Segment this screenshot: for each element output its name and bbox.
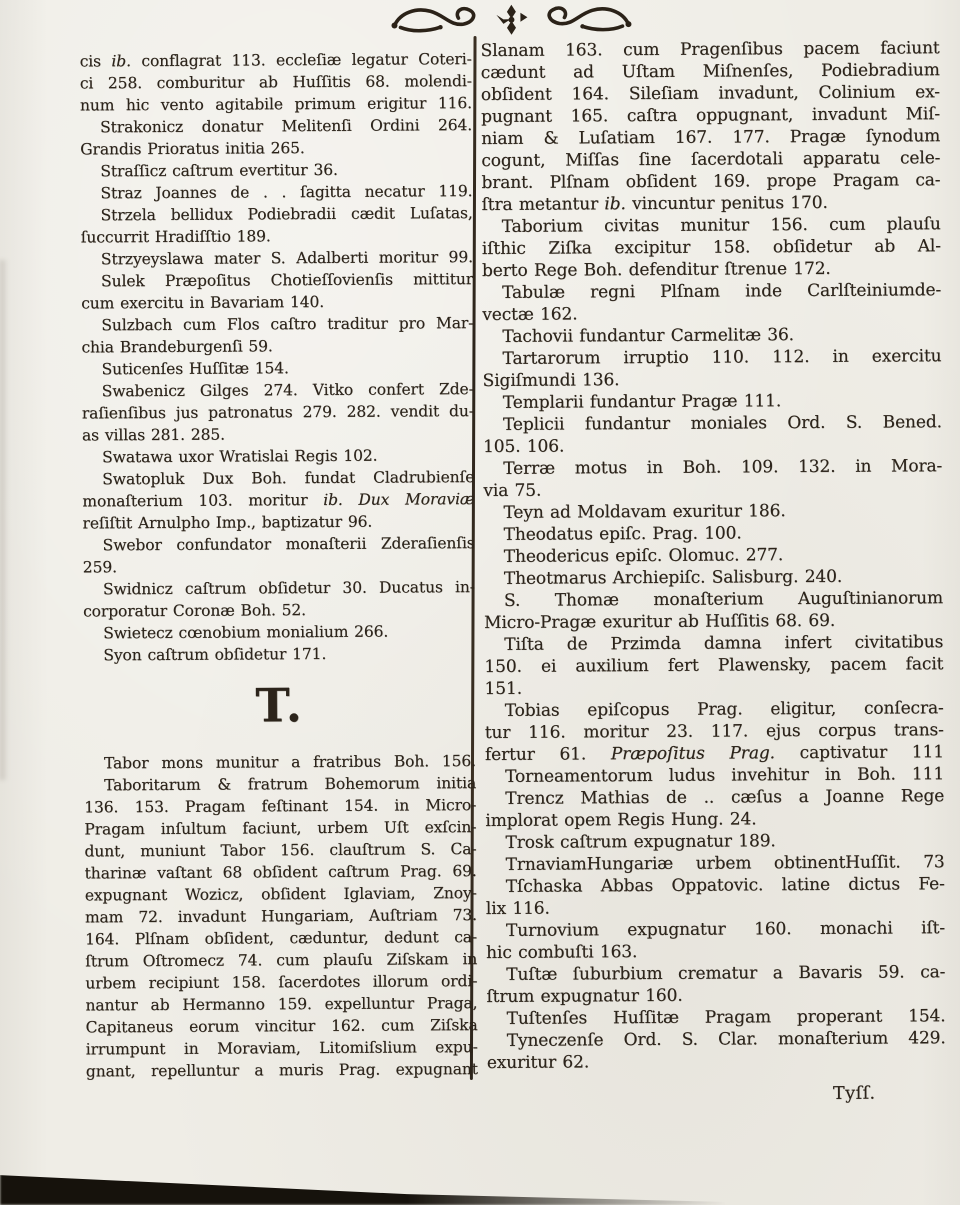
index-line: Teyn ad Moldavam exuritur 186. xyxy=(483,499,942,524)
index-line: Teplicii fundantur moniales Ord. S. Bene… xyxy=(483,411,942,436)
text-run: lix 116. xyxy=(486,899,550,919)
text-run: fertur 61. xyxy=(485,744,611,765)
index-line: 136. 153. Pragam feſtinant 154. in Micro… xyxy=(84,794,476,818)
index-line: cædunt ad Uſtam Miſnenſes, Podiebradium xyxy=(481,59,940,84)
index-line: ſuccurrit Hradiſſtio 189. xyxy=(81,224,473,248)
text-run: conflagrat 113. eccleſiæ legatur Coteri- xyxy=(131,50,472,70)
text-run: Grandis Prioratus initia 265. xyxy=(80,139,305,158)
index-line: Sigiſmundi 136. xyxy=(483,367,942,392)
index-line: expugnant Wozicz, obſident Iglaviam, Zno… xyxy=(85,882,477,906)
index-line: brant. Plſnam obſident 169. prope Pragam… xyxy=(481,169,940,194)
text-run: expugnant Wozicz, obſident Iglaviam, Zno… xyxy=(85,884,477,904)
index-line: Tabor mons munitur a fratribus Boh. 156. xyxy=(84,750,476,774)
index-line: Tabulæ regni Plſnam inde Carlſteiniumde- xyxy=(482,279,941,304)
text-run: Strzela bellidux Podiebradii cædit Luſat… xyxy=(101,204,473,224)
text-run: captivatur 111 xyxy=(775,742,944,763)
text-run: ſuccurrit Hradiſſtio 189. xyxy=(81,227,271,246)
text-run: Capitaneus eorum vincitur 162. cum Ziſsk… xyxy=(86,1016,478,1036)
index-line: tur 116. moritur 23. 117. ejus corpus tr… xyxy=(485,719,944,744)
index-line: S. Thomæ monaſterium Auguſtinianorum xyxy=(484,587,943,612)
text-run: Tuſtenſes Huſſitæ Pragam properant 154. xyxy=(506,1006,945,1029)
index-line: raſienſibus jus patronatus 279. 282. ven… xyxy=(82,400,474,424)
page-scan: cis ib. conflagrat 113. eccleſiæ legatur… xyxy=(0,0,960,1205)
index-line: Taboritarum & fratrum Bohemorum initia xyxy=(84,772,476,796)
index-line: Suticenſes Huſſitæ 154. xyxy=(82,356,474,380)
text-run: Tartarorum irruptio 110. 112. in exercit… xyxy=(502,346,941,369)
header-ornament-icon xyxy=(384,1,638,39)
index-line: Turnovium expugnatur 160. monachi iſt- xyxy=(486,917,945,942)
italic-text: Præpoſitus Prag. xyxy=(611,743,775,764)
catchword: Tyſſ. xyxy=(833,1084,876,1104)
text-run: obſident 164. Sileſiam invadunt, Coliniu… xyxy=(481,82,940,105)
text-run: 151. xyxy=(484,679,522,699)
text-run: Swidnicz caſtrum obſidetur 30. Ducatus i… xyxy=(103,578,475,598)
text-run: Taborium civitas munitur 156. cum plauſu xyxy=(502,214,941,237)
text-run: 105. 106. xyxy=(483,436,564,456)
text-run: vincuntur penitus 170. xyxy=(626,193,828,214)
text-run: niam & Luſatiam 167. 177. Pragæ ſynodum xyxy=(481,126,940,149)
index-line: iſthic Ziſka excipitur 158. obſidetur ab… xyxy=(482,235,941,260)
text-run: dunt, muniunt Tabor 156. clauſtrum S. Ca… xyxy=(84,840,476,860)
index-line: Swatopluk Dux Boh. fundat Cladrubienſe xyxy=(82,466,474,490)
section-heading: T. xyxy=(83,674,475,736)
text-run: Straſſicz caſtrum evertitur 36. xyxy=(100,161,338,180)
text-run: S. Thomæ monaſterium Auguſtinianorum xyxy=(504,588,943,611)
index-line: ci 258. comburitur ab Huſſitis 68. molen… xyxy=(80,70,472,94)
index-line: chia Brandeburgenſi 59. xyxy=(81,334,473,358)
text-run: Sulek Præpoſitus Chotieſſovienſis mittit… xyxy=(101,270,473,290)
index-line: Tobias epiſcopus Prag. eligitur, conſecr… xyxy=(485,697,944,722)
index-line: via 75. xyxy=(483,477,942,502)
text-run: ſtra metantur xyxy=(482,194,605,215)
index-line: 259. xyxy=(83,554,475,578)
text-run: Suticenſes Huſſitæ 154. xyxy=(102,359,289,378)
text-run: TrnaviamHungariæ urbem obtinentHuſſit. 7… xyxy=(506,852,945,875)
index-line: Micro-Pragæ exuritur ab Huſſitis 68. 69. xyxy=(484,609,943,634)
index-line: Strzyeyslawa mater S. Adalberti moritur … xyxy=(81,246,473,270)
text-run: 259. xyxy=(83,558,117,576)
text-run: Tobias epiſcopus Prag. eligitur, conſecr… xyxy=(505,698,944,721)
text-run: tur 116. moritur 23. 117. ejus corpus tr… xyxy=(485,720,944,743)
index-line: Templarii fundantur Pragæ 111. xyxy=(483,389,942,414)
index-line: Straz Joannes de . . ſagitta necatur 119… xyxy=(80,180,472,204)
text-run: iſthic Ziſka excipitur 158. obſidetur ab… xyxy=(482,236,941,259)
index-line: Swidnicz caſtrum obſidetur 30. Ducatus i… xyxy=(83,576,475,600)
index-line: irrumpunt in Moraviam, Litomiſslium expu… xyxy=(86,1036,478,1060)
text-run: Swatawa uxor Wratislai Regis 102. xyxy=(102,447,377,467)
text-run: Tſchaska Abbas Oppatovic. latine dictus … xyxy=(506,874,945,897)
index-line: Theotmarus Archiepiſc. Salisburg. 240. xyxy=(484,565,943,590)
text-run: Taboritarum & fratrum Bohemorum initia xyxy=(104,774,476,794)
index-line: Torneamentorum ludus invehitur in Boh. 1… xyxy=(485,763,944,788)
index-line: Taborium civitas munitur 156. cum plauſu xyxy=(482,213,941,238)
index-line: cis ib. conflagrat 113. eccleſiæ legatur… xyxy=(80,48,472,72)
index-line: Trosk caſtrum expugnatur 189. xyxy=(485,829,944,854)
index-line: 164. Plſnam obſident, cæduntur, dedunt c… xyxy=(85,926,477,950)
index-line: cum exercitu in Bavariam 140. xyxy=(81,290,473,314)
text-run: cum exercitu in Bavariam 140. xyxy=(81,293,324,312)
text-run: raſienſibus jus patronatus 279. 282. ven… xyxy=(82,402,474,422)
index-line: urbem recipiunt 158. ſacerdotes illorum … xyxy=(85,970,477,994)
index-line: obſident 164. Sileſiam invadunt, Coliniu… xyxy=(481,81,940,106)
index-line: Strakonicz donatur Melitenſi Ordini 264. xyxy=(80,114,472,138)
text-run: Swietecz cœnobium monialium 266. xyxy=(103,623,388,643)
italic-text: ib. xyxy=(111,52,131,70)
text-run: cædunt ad Uſtam Miſnenſes, Podiebradium xyxy=(481,60,940,83)
index-line: as villas 281. 285. xyxy=(82,422,474,446)
index-line: Straſſicz caſtrum evertitur 36. xyxy=(80,158,472,182)
index-line: Theodatus epiſc. Prag. 100. xyxy=(484,521,943,546)
index-line: Slanam 163. cum Pragenſibus pacem faciun… xyxy=(481,37,940,62)
text-run: ſtrum expugnatur 160. xyxy=(486,986,682,1007)
index-line: reſiſtit Arnulpho Imp., baptizatur 96. xyxy=(82,510,474,534)
text-run: Turnovium expugnatur 160. monachi iſt- xyxy=(506,918,945,941)
index-line: exuritur 62. xyxy=(487,1049,946,1074)
index-line: Grandis Prioratus initia 265. xyxy=(80,136,472,160)
text-run: Theodericus epiſc. Olomuc. 277. xyxy=(504,545,784,567)
italic-text: ib. xyxy=(604,194,626,214)
text-run: via 75. xyxy=(483,481,541,501)
index-line: lix 116. xyxy=(486,895,945,920)
text-run: urbem recipiunt 158. ſacerdotes illorum … xyxy=(85,972,477,992)
left-column: cis ib. conflagrat 113. eccleſiæ legatur… xyxy=(80,48,478,1082)
text-run: 150. ei auxilium fert Plawensky, pacem f… xyxy=(484,654,943,677)
index-line: 151. xyxy=(484,675,943,700)
text-run: Pragam inſultum faciunt, urbem Uſt exſci… xyxy=(84,818,476,838)
text-run: vectæ 162. xyxy=(482,304,577,325)
text-run: Tiſta de Przimda damna infert civitatibu… xyxy=(504,632,943,655)
index-line: Terræ motus in Boh. 109. 132. in Mora- xyxy=(483,455,942,480)
index-line: ſtrum expugnatur 160. xyxy=(486,983,945,1008)
text-run: Teplicii fundantur moniales Ord. S. Bene… xyxy=(503,412,942,435)
index-line: mam 72. invadunt Hungariam, Auſtriam 73. xyxy=(85,904,477,928)
text-run: ſtrum Oſtromecz 74. cum plauſu Ziſskam i… xyxy=(85,950,477,970)
text-run: brant. Plſnam obſident 169. prope Pragam… xyxy=(481,170,940,193)
text-run: Tabulæ regni Plſnam inde Carlſteiniumde- xyxy=(502,280,941,303)
text-run: Swatopluk Dux Boh. fundat Cladrubienſe xyxy=(102,468,474,488)
index-line: nantur ab Hermanno 159. expelluntur Prag… xyxy=(85,992,477,1016)
index-line: 105. 106. xyxy=(483,433,942,458)
index-line: implorat opem Regis Hung. 24. xyxy=(485,807,944,832)
text-run: Swabenicz Gilges 274. Vitko confert Zde- xyxy=(102,380,474,400)
index-line: Swabenicz Gilges 274. Vitko confert Zde- xyxy=(82,378,474,402)
index-line: pugnant 165. caſtra oppugnant, invadunt … xyxy=(481,103,940,128)
text-run: corporatur Coronæ Boh. 52. xyxy=(83,601,306,620)
text-run: Straz Joannes de . . ſagitta necatur 119… xyxy=(100,182,472,202)
text-run: pugnant 165. caſtra oppugnant, invadunt … xyxy=(481,104,940,127)
text-run: nantur ab Hermanno 159. expelluntur Prag… xyxy=(85,994,477,1014)
text-run: Tachovii fundantur Carmelitæ 36. xyxy=(502,325,794,347)
index-line: Capitaneus eorum vincitur 162. cum Ziſsk… xyxy=(86,1014,478,1038)
text-run: Teyn ad Moldavam exuritur 186. xyxy=(503,501,785,523)
scan-edge-smudge xyxy=(0,260,8,780)
text-run: Sulzbach cum Flos caſtro traditur pro Ma… xyxy=(101,314,473,334)
text-run: chia Brandeburgenſi 59. xyxy=(81,337,272,356)
index-line: ſtra metantur ib. vincuntur penitus 170. xyxy=(482,191,941,216)
index-line: corporatur Coronæ Boh. 52. xyxy=(83,598,475,622)
text-run: cogunt, Miſſas ſine ſacerdotali apparatu… xyxy=(481,148,940,171)
index-line: Strzela bellidux Podiebradii cædit Luſat… xyxy=(81,202,473,226)
index-line: Tyneczenſe Ord. S. Clar. monaſterium 429… xyxy=(487,1027,946,1052)
text-run: Syon caſtrum obſidetur 171. xyxy=(103,645,326,664)
text-run: tharinæ vaſtant 68 obſident caſtrum Prag… xyxy=(85,862,477,882)
text-run: Slanam 163. cum Pragenſibus pacem faciun… xyxy=(481,38,940,61)
index-line: niam & Luſatiam 167. 177. Pragæ ſynodum xyxy=(481,125,940,150)
index-line: ſtrum Oſtromecz 74. cum plauſu Ziſskam i… xyxy=(85,948,477,972)
index-line: tharinæ vaſtant 68 obſident caſtrum Prag… xyxy=(85,860,477,884)
index-line: Tachovii fundantur Carmelitæ 36. xyxy=(482,323,941,348)
index-line: TrnaviamHungariæ urbem obtinentHuſſit. 7… xyxy=(486,851,945,876)
text-run: Trosk caſtrum expugnatur 189. xyxy=(505,831,775,853)
text-run: mam 72. invadunt Hungariam, Auſtriam 73. xyxy=(85,906,477,926)
book-page: cis ib. conflagrat 113. eccleſiæ legatur… xyxy=(0,0,960,1205)
text-run: Templarii fundantur Pragæ 111. xyxy=(503,391,781,413)
text-run: reſiſtit Arnulpho Imp., baptizatur 96. xyxy=(82,513,372,533)
index-line: cogunt, Miſſas ſine ſacerdotali apparatu… xyxy=(481,147,940,172)
text-run: Theotmarus Archiepiſc. Salisburg. 240. xyxy=(504,567,842,589)
text-run: Tabor mons munitur a fratribus Boh. 156. xyxy=(104,752,476,772)
text-run: Swebor confundator monaſterii Zderaſienſ… xyxy=(103,534,475,554)
index-line: Tartarorum irruptio 110. 112. in exercit… xyxy=(482,345,941,370)
index-line: Sulek Præpoſitus Chotieſſovienſis mittit… xyxy=(81,268,473,292)
index-line: Tſchaska Abbas Oppatovic. latine dictus … xyxy=(486,873,945,898)
text-run: ci 258. comburitur ab Huſſitis 68. molen… xyxy=(80,72,472,92)
index-line: Tuſtæ ſuburbium crematur a Bavaris 59. c… xyxy=(486,961,945,986)
index-line: 150. ei auxilium fert Plawensky, pacem f… xyxy=(484,653,943,678)
text-run: Tyneczenſe Ord. S. Clar. monaſterium 429… xyxy=(507,1028,946,1051)
text-run: exuritur 62. xyxy=(487,1052,589,1073)
index-line: hic combuſti 163. xyxy=(486,939,945,964)
text-run: gnant, repelluntur a muris Prag. expugna… xyxy=(86,1060,478,1080)
text-run: Tuſtæ ſuburbium crematur a Bavaris 59. c… xyxy=(506,962,945,985)
text-run: Torneamentorum ludus invehitur in Boh. 1… xyxy=(505,764,944,787)
index-line: Swebor confundator monaſterii Zderaſienſ… xyxy=(83,532,475,556)
index-line: Swatawa uxor Wratislai Regis 102. xyxy=(82,444,474,468)
index-line: dunt, muniunt Tabor 156. clauſtrum S. Ca… xyxy=(84,838,476,862)
text-run: Micro-Pragæ exuritur ab Huſſitis 68. 69. xyxy=(484,611,835,633)
text-run: Theodatus epiſc. Prag. 100. xyxy=(504,523,742,544)
text-run: Terræ motus in Boh. 109. 132. in Mora- xyxy=(503,456,942,479)
index-line: fertur 61. Præpoſitus Prag. captivatur 1… xyxy=(485,741,944,766)
index-line: num hic vento agitabile primum erigitur … xyxy=(80,92,472,116)
text-run: implorat opem Regis Hung. 24. xyxy=(485,809,756,831)
text-run: Strakonicz donatur Melitenſi Ordini 264. xyxy=(100,116,472,136)
text-run: 136. 153. Pragam feſtinant 154. in Micro… xyxy=(84,796,476,816)
index-line: berto Rege Boh. defenditur ſtrenue 172. xyxy=(482,257,941,282)
index-line: Tiſta de Przimda damna infert civitatibu… xyxy=(484,631,943,656)
text-run: num hic vento agitabile primum erigitur … xyxy=(80,94,472,114)
text-run: 164. Plſnam obſident, cæduntur, dedunt c… xyxy=(85,928,477,948)
index-line: Swietecz cœnobium monialium 266. xyxy=(83,620,475,644)
index-line: Tuſtenſes Huſſitæ Pragam properant 154. xyxy=(486,1005,945,1030)
index-line: monaſterium 103. moritur ib. Dux Moraviæ xyxy=(82,488,474,512)
text-run: hic combuſti 163. xyxy=(486,942,637,963)
text-run: Sigiſmundi 136. xyxy=(483,370,620,391)
text-run: as villas 281. 285. xyxy=(82,426,225,445)
index-line: Sulzbach cum Flos caſtro traditur pro Ma… xyxy=(81,312,473,336)
index-line: vectæ 162. xyxy=(482,301,941,326)
index-line: Pragam inſultum faciunt, urbem Uſt exſci… xyxy=(84,816,476,840)
right-column: Slanam 163. cum Pragenſibus pacem faciun… xyxy=(481,37,946,1074)
text-run: monaſterium 103. moritur xyxy=(82,491,323,510)
text-run: irrumpunt in Moraviam, Litomiſslium expu… xyxy=(86,1038,478,1058)
index-line: Theodericus epiſc. Olomuc. 277. xyxy=(484,543,943,568)
text-run: cis xyxy=(80,52,112,70)
text-run: Strzyeyslawa mater S. Adalberti moritur … xyxy=(101,248,473,268)
index-line: gnant, repelluntur a muris Prag. expugna… xyxy=(86,1058,478,1082)
text-run: Trencz Mathias de .. cæſus a Joanne Rege xyxy=(505,786,944,809)
text-run: berto Rege Boh. defenditur ſtrenue 172. xyxy=(482,259,831,281)
italic-text: ib. Dux Moraviæ xyxy=(323,490,474,509)
index-line: Trencz Mathias de .. cæſus a Joanne Rege xyxy=(485,785,944,810)
index-line: Syon caſtrum obſidetur 171. xyxy=(83,642,475,666)
